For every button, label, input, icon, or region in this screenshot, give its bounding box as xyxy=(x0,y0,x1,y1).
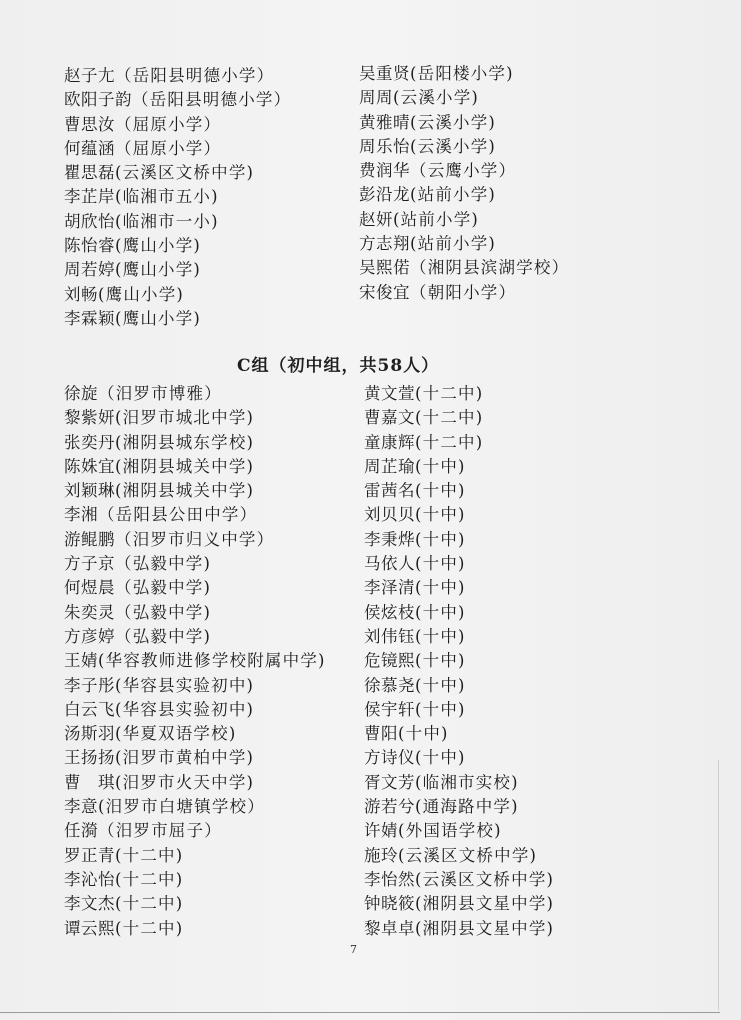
list-item: 李泽清(十中) xyxy=(364,576,554,600)
list-item: 何煜晨（弘毅中学) xyxy=(64,576,326,600)
b-group-right-column: 吴重贤(岳阳楼小学) 周周(云溪小学) 黄雅晴(云溪小学) 周乐怡(云溪小学) … xyxy=(359,62,569,305)
list-item: 方子京（弘毅中学) xyxy=(64,552,326,576)
school-name: (十中) xyxy=(415,676,466,695)
school-name: (汨罗市白塘镇学校） xyxy=(98,797,265,816)
school-name: （岳阳县明德小学） xyxy=(115,66,274,85)
student-name: 白云飞 xyxy=(64,700,115,719)
student-name: 李子彤 xyxy=(64,676,115,695)
student-name: 侯炫枝 xyxy=(364,603,415,622)
page-number: 7 xyxy=(350,943,357,956)
list-item: 宋俊宜（朝阳小学） xyxy=(359,281,569,305)
school-name: （岳阳县公田中学） xyxy=(98,505,257,524)
school-name: (十中) xyxy=(415,603,466,622)
student-name: 方志翔 xyxy=(359,234,410,253)
school-name: (十中) xyxy=(415,627,466,646)
school-name: (汨罗市黄柏中学) xyxy=(115,748,254,767)
student-name: 李秉烨 xyxy=(364,530,415,549)
student-name: 宋俊宜 xyxy=(359,283,410,302)
school-name: (鹰山小学) xyxy=(98,285,184,304)
list-item: 施玲(云溪区文桥中学) xyxy=(364,844,554,868)
school-name: (十中) xyxy=(415,554,466,573)
list-item: 雷茜名(十中) xyxy=(364,479,554,503)
list-item: 李沁怡(十二中) xyxy=(64,868,326,892)
student-name: 李意 xyxy=(64,797,98,816)
list-item: 马依人(十中) xyxy=(364,552,554,576)
list-item: 钟晓筱(湘阴县文星中学) xyxy=(364,892,554,916)
student-name: 危镜熙 xyxy=(364,651,415,670)
student-name: 谭云熙 xyxy=(64,919,115,938)
list-item: 李芷岸(临湘市五小) xyxy=(64,185,291,209)
school-name: (十中) xyxy=(415,748,466,767)
list-item: 罗正青(十二中) xyxy=(64,844,326,868)
school-name: (华容县实验初中) xyxy=(115,676,254,695)
list-item: 曹思汝（屈原小学） xyxy=(64,113,291,137)
student-name: 赵子尢 xyxy=(64,66,115,85)
school-name: (鹰山小学) xyxy=(115,260,201,279)
student-name: 刘贝贝 xyxy=(364,505,415,524)
student-name: 游若兮 xyxy=(364,797,415,816)
school-name: (云溪区文桥中学) xyxy=(398,846,537,865)
student-name: 侯宇轩 xyxy=(364,700,415,719)
school-name: （汨罗市博雅） xyxy=(98,384,222,403)
list-item: 周若婷(鹰山小学) xyxy=(64,258,291,282)
list-item: 曹阳(十中) xyxy=(364,722,554,746)
list-item: 曹 琪(汨罗市火天中学) xyxy=(64,771,326,795)
student-name: 方彦婷 xyxy=(64,627,115,646)
student-name: 费润华 xyxy=(359,161,410,180)
student-name: 吴熙偌 xyxy=(359,258,410,277)
c-group-left-column: 徐旋（汨罗市博雅） 黎紫妍(汨罗市城北中学) 张奕丹(湘阴县城东学校) 陈姝宜(… xyxy=(64,382,326,941)
list-item: 李怡然(云溪区文桥中学) xyxy=(364,868,554,892)
student-name: 方诗仪 xyxy=(364,748,415,767)
school-name: (鹰山小学) xyxy=(115,236,201,255)
school-name: (十中) xyxy=(415,700,466,719)
list-item: 陈姝宜(湘阴县城关中学) xyxy=(64,455,326,479)
school-name: （弘毅中学) xyxy=(115,603,211,622)
student-name: 胥文芳 xyxy=(364,773,415,792)
list-item: 游鲲鹏（汨罗市归义中学） xyxy=(64,528,326,552)
list-item: 胡欣怡(临湘市一小) xyxy=(64,210,291,234)
list-item: 瞿思磊(云溪区文桥中学) xyxy=(64,161,291,185)
school-name: (十二中) xyxy=(115,870,183,889)
school-name: (鹰山小学) xyxy=(115,309,201,328)
list-item: 黄文萱(十二中) xyxy=(364,382,554,406)
student-name: 李湘 xyxy=(64,505,98,524)
student-name: 周周 xyxy=(359,88,393,107)
school-name: (华容教师进修学校附属中学) xyxy=(98,651,326,670)
list-item: 刘颖琳(湘阴县城关中学) xyxy=(64,479,326,503)
student-name: 游鲲鹏 xyxy=(64,530,115,549)
list-item: 侯宇轩(十中) xyxy=(364,698,554,722)
student-name: 施玲 xyxy=(364,846,398,865)
list-item: 李霖颖(鹰山小学) xyxy=(64,307,291,331)
list-item: 曹嘉文(十二中) xyxy=(364,406,554,430)
student-name: 王扬扬 xyxy=(64,748,115,767)
school-name: (湘阴县文星中学) xyxy=(415,894,554,913)
list-item: 李意(汨罗市白塘镇学校） xyxy=(64,795,326,819)
student-name: 曹阳 xyxy=(364,724,398,743)
list-item: 方彦婷（弘毅中学) xyxy=(64,625,326,649)
student-name: 李怡然 xyxy=(364,870,415,889)
student-name: 李文杰 xyxy=(64,894,115,913)
school-name: （弘毅中学) xyxy=(115,627,211,646)
school-name: (汨罗市火天中学) xyxy=(115,773,254,792)
student-name: 李霖颖 xyxy=(64,309,115,328)
student-name: 欧阳子韵 xyxy=(64,90,132,109)
student-name: 张奕丹 xyxy=(64,433,115,452)
list-item: 方志翔(站前小学) xyxy=(359,232,569,256)
school-name: （湘阴县滨湖学校） xyxy=(410,258,569,277)
student-name: 雷茜名 xyxy=(364,481,415,500)
list-item: 任漪（汨罗市屈子） xyxy=(64,819,326,843)
student-name: 汤斯羽 xyxy=(64,724,115,743)
list-item: 游若兮(通海路中学) xyxy=(364,795,554,819)
student-name: 周乐怡 xyxy=(359,137,410,156)
student-name: 黄文萱 xyxy=(364,384,415,403)
section-heading: C组（初中组，共58人） xyxy=(237,354,439,378)
list-item: 黎卓卓(湘阴县文星中学) xyxy=(364,917,554,941)
list-item: 徐慕尧(十中) xyxy=(364,674,554,698)
school-name: (外国语学校) xyxy=(398,821,502,840)
list-item: 危镜熙(十中) xyxy=(364,649,554,673)
school-name: (云溪区文桥中学) xyxy=(115,163,254,182)
student-name: 何蕴涵 xyxy=(64,139,115,158)
student-name: 吴重贤 xyxy=(359,64,410,83)
list-item: 李文杰(十二中) xyxy=(64,892,326,916)
list-item: 刘伟钰(十中) xyxy=(364,625,554,649)
school-name: (云溪区文桥中学) xyxy=(415,870,554,889)
list-item: 张奕丹(湘阴县城东学校) xyxy=(64,431,326,455)
student-name: 任漪 xyxy=(64,821,98,840)
school-name: (十中) xyxy=(415,578,466,597)
student-name: 朱奕灵 xyxy=(64,603,115,622)
list-item: 徐旋（汨罗市博雅） xyxy=(64,382,326,406)
school-name: (临湘市实校) xyxy=(415,773,519,792)
student-name: 徐旋 xyxy=(64,384,98,403)
student-name: 黎紫妍 xyxy=(64,408,115,427)
school-name: (十中) xyxy=(415,530,466,549)
school-name: （汨罗市归义中学） xyxy=(115,530,274,549)
list-item: 赵妍(站前小学) xyxy=(359,208,569,232)
school-name: （弘毅中学) xyxy=(115,578,211,597)
school-name: (湘阴县城关中学) xyxy=(115,481,254,500)
list-item: 黎紫妍(汨罗市城北中学) xyxy=(64,406,326,430)
school-name: （岳阳县明德小学） xyxy=(132,90,291,109)
student-name: 刘伟钰 xyxy=(364,627,415,646)
school-name: (站前小学) xyxy=(393,210,479,229)
school-name: (十中) xyxy=(415,457,466,476)
school-name: (临湘市一小) xyxy=(115,212,219,231)
school-name: (湘阴县城关中学) xyxy=(115,457,254,476)
school-name: (十中) xyxy=(415,481,466,500)
school-name: (云溪小学) xyxy=(410,113,496,132)
student-name: 曹嘉文 xyxy=(364,408,415,427)
list-item: 周芷瑜(十中) xyxy=(364,455,554,479)
school-name: （汨罗市屈子） xyxy=(98,821,222,840)
student-name: 李沁怡 xyxy=(64,870,115,889)
student-name: 刘颖琳 xyxy=(64,481,115,500)
list-item: 刘畅(鹰山小学) xyxy=(64,283,291,307)
school-name: (十中) xyxy=(398,724,449,743)
student-name: 曹思汝 xyxy=(64,115,115,134)
school-name: (十二中) xyxy=(415,408,483,427)
school-name: (十中) xyxy=(415,651,466,670)
school-name: (站前小学) xyxy=(410,234,496,253)
list-item: 彭沿龙(站前小学) xyxy=(359,183,569,207)
list-item: 朱奕灵（弘毅中学) xyxy=(64,601,326,625)
list-item: 许婧(外国语学校) xyxy=(364,819,554,843)
school-name: （朝阳小学） xyxy=(410,283,516,302)
school-name: （屈原小学） xyxy=(115,139,221,158)
student-name: 周芷瑜 xyxy=(364,457,415,476)
list-item: 谭云熙(十二中) xyxy=(64,917,326,941)
list-item: 童康辉(十二中) xyxy=(364,431,554,455)
list-item: 汤斯羽(华夏双语学校) xyxy=(64,722,326,746)
school-name: (湘阴县文星中学) xyxy=(415,919,554,938)
list-item: 白云飞(华容县实验初中) xyxy=(64,698,326,722)
student-name: 何煜晨 xyxy=(64,578,115,597)
student-name: 刘畅 xyxy=(64,285,98,304)
page-bottom-edge xyxy=(0,1012,720,1013)
student-name: 胡欣怡 xyxy=(64,212,115,231)
school-name: (临湘市五小) xyxy=(115,187,219,206)
student-name: 李芷岸 xyxy=(64,187,115,206)
list-item: 费润华（云鹰小学） xyxy=(359,159,569,183)
student-name: 马依人 xyxy=(364,554,415,573)
list-item: 李湘（岳阳县公田中学） xyxy=(64,503,326,527)
student-name: 罗正青 xyxy=(64,846,115,865)
list-item: 吴熙偌（湘阴县滨湖学校） xyxy=(359,256,569,280)
student-name: 曹 琪 xyxy=(64,773,115,792)
school-name: (云溪小学) xyxy=(393,88,479,107)
student-name: 陈姝宜 xyxy=(64,457,115,476)
list-item: 李子彤(华容县实验初中) xyxy=(64,674,326,698)
school-name: (十二中) xyxy=(415,384,483,403)
student-name: 瞿思磊 xyxy=(64,163,115,182)
list-item: 周周(云溪小学) xyxy=(359,86,569,110)
school-name: (十二中) xyxy=(115,846,183,865)
list-item: 胥文芳(临湘市实校) xyxy=(364,771,554,795)
school-name: (十二中) xyxy=(115,894,183,913)
student-name: 黎卓卓 xyxy=(364,919,415,938)
list-item: 陈怡睿(鹰山小学) xyxy=(64,234,291,258)
list-item: 吴重贤(岳阳楼小学) xyxy=(359,62,569,86)
list-item: 赵子尢（岳阳县明德小学） xyxy=(64,64,291,88)
list-item: 黄雅晴(云溪小学) xyxy=(359,111,569,135)
student-name: 许婧 xyxy=(364,821,398,840)
list-item: 王扬扬(汨罗市黄柏中学) xyxy=(64,746,326,770)
list-item: 欧阳子韵（岳阳县明德小学） xyxy=(64,88,291,112)
school-name: (十中) xyxy=(415,505,466,524)
list-item: 刘贝贝(十中) xyxy=(364,503,554,527)
list-item: 方诗仪(十中) xyxy=(364,746,554,770)
student-name: 童康辉 xyxy=(364,433,415,452)
page-edge-line xyxy=(718,760,719,1010)
student-name: 赵妍 xyxy=(359,210,393,229)
school-name: (岳阳楼小学) xyxy=(410,64,514,83)
school-name: (湘阴县城东学校) xyxy=(115,433,254,452)
student-name: 彭沿龙 xyxy=(359,185,410,204)
list-item: 何蕴涵（屈原小学） xyxy=(64,137,291,161)
school-name: (华容县实验初中) xyxy=(115,700,254,719)
list-item: 侯炫枝(十中) xyxy=(364,601,554,625)
document-page: 赵子尢（岳阳县明德小学） 欧阳子韵（岳阳县明德小学） 曹思汝（屈原小学） 何蕴涵… xyxy=(0,0,741,1020)
student-name: 李泽清 xyxy=(364,578,415,597)
c-group-right-column: 黄文萱(十二中) 曹嘉文(十二中) 童康辉(十二中) 周芷瑜(十中) 雷茜名(十… xyxy=(364,382,554,941)
school-name: (华夏双语学校) xyxy=(115,724,236,743)
school-name: (汨罗市城北中学) xyxy=(115,408,254,427)
school-name: （云鹰小学） xyxy=(410,161,516,180)
student-name: 徐慕尧 xyxy=(364,676,415,695)
list-item: 李秉烨(十中) xyxy=(364,528,554,552)
list-item: 王婧(华容教师进修学校附属中学) xyxy=(64,649,326,673)
school-name: （弘毅中学) xyxy=(115,554,211,573)
school-name: (云溪小学) xyxy=(410,137,496,156)
school-name: (站前小学) xyxy=(410,185,496,204)
student-name: 钟晓筱 xyxy=(364,894,415,913)
student-name: 陈怡睿 xyxy=(64,236,115,255)
list-item: 周乐怡(云溪小学) xyxy=(359,135,569,159)
student-name: 黄雅晴 xyxy=(359,113,410,132)
student-name: 王婧 xyxy=(64,651,98,670)
school-name: （屈原小学） xyxy=(115,115,221,134)
student-name: 方子京 xyxy=(64,554,115,573)
b-group-left-column: 赵子尢（岳阳县明德小学） 欧阳子韵（岳阳县明德小学） 曹思汝（屈原小学） 何蕴涵… xyxy=(64,64,291,331)
student-name: 周若婷 xyxy=(64,260,115,279)
school-name: (通海路中学) xyxy=(415,797,519,816)
school-name: (十二中) xyxy=(415,433,483,452)
school-name: (十二中) xyxy=(115,919,183,938)
